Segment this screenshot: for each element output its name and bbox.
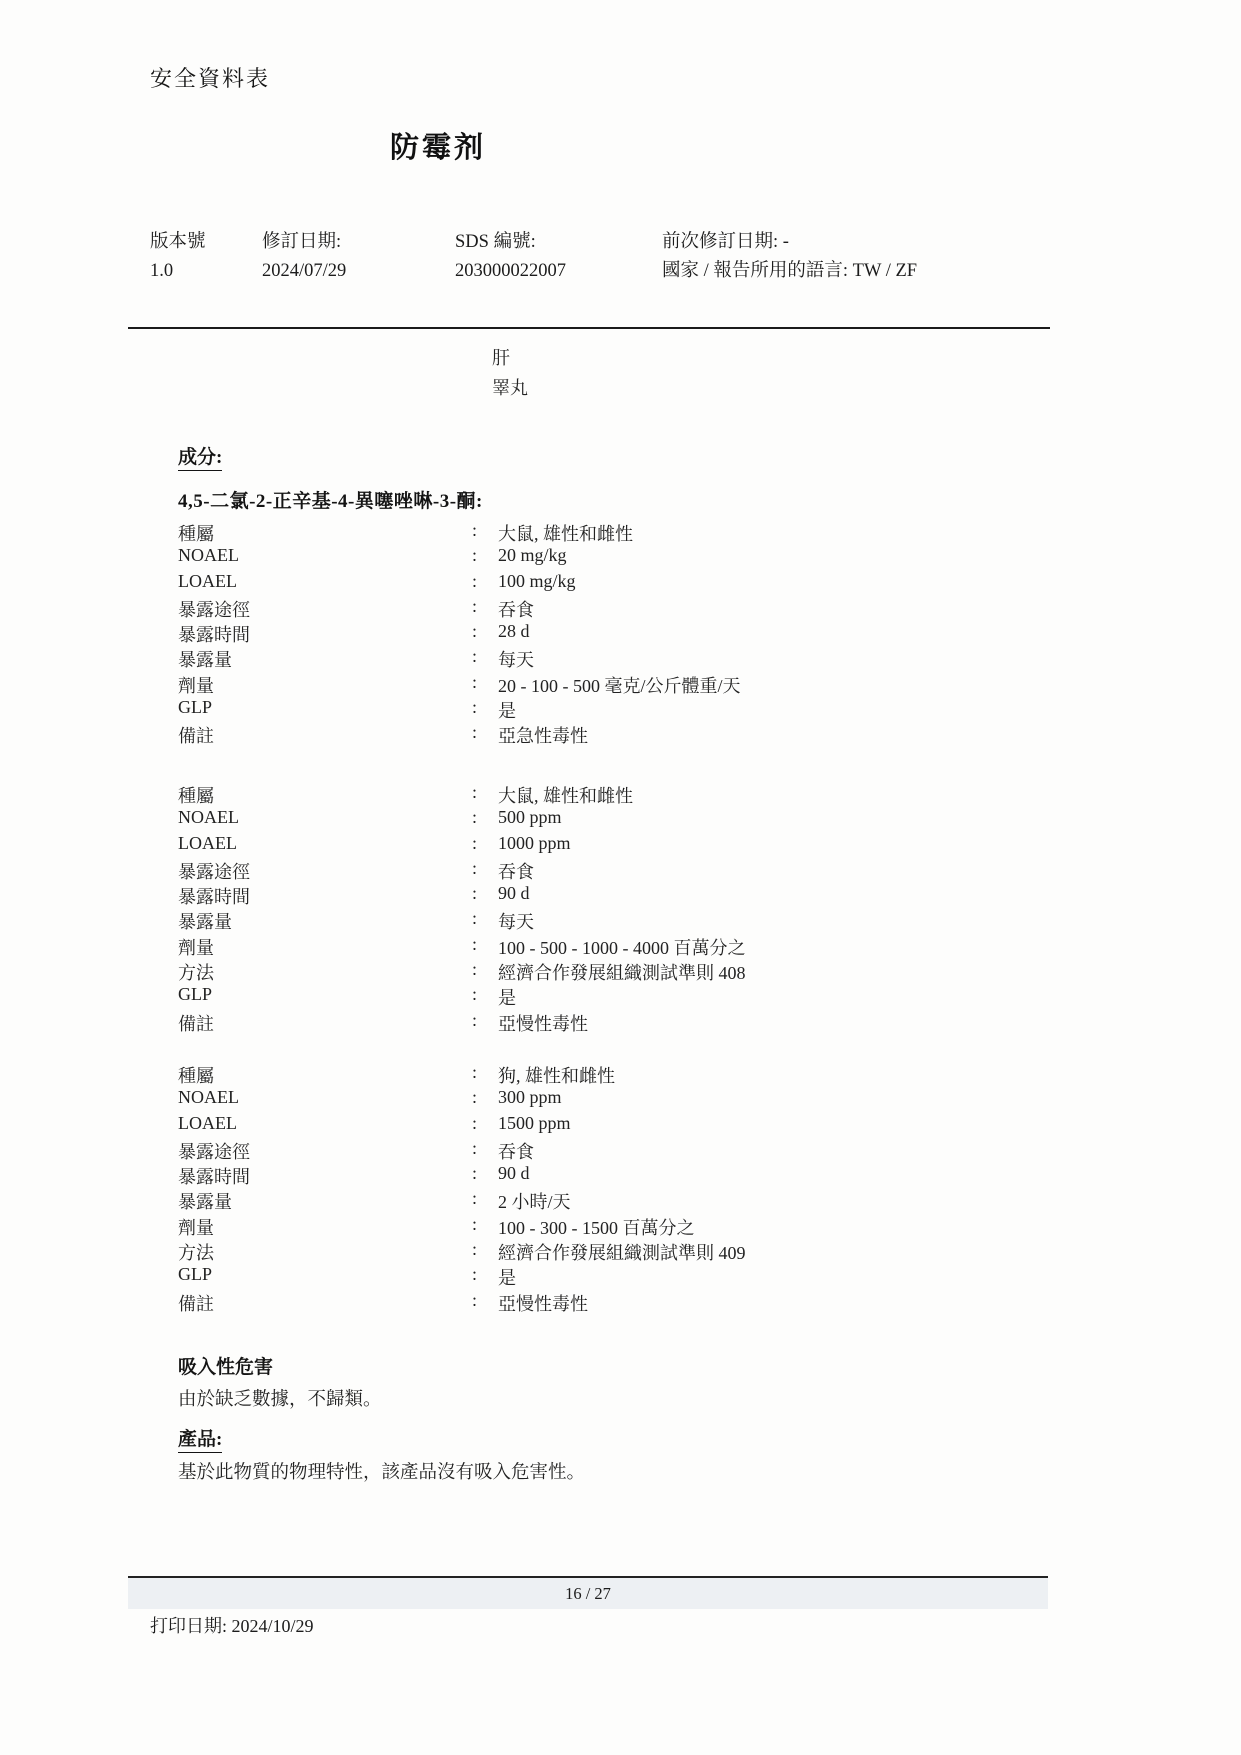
row-label: 方法 — [178, 959, 214, 985]
row-label: 暴露途徑 — [178, 596, 250, 622]
row-separator: : — [472, 1290, 477, 1311]
row-value: 每天 — [498, 908, 534, 934]
row-value: 狗, 雄性和雌性 — [498, 1062, 615, 1088]
revision-date-label: 修訂日期: — [262, 228, 346, 257]
row-separator: : — [472, 1138, 477, 1159]
row-separator: : — [472, 1010, 477, 1031]
table-row: 劑量:20 - 100 - 500 毫克/公斤體重/天 — [178, 672, 938, 697]
row-separator: : — [472, 672, 477, 693]
meta-prev-revision-language: 前次修訂日期: - 國家 / 報告所用的語言: TW / ZF — [662, 228, 917, 286]
chemical-name-heading: 4,5-二氯-2-正辛基-4-異噻唑啉-3-酮: — [178, 486, 483, 513]
row-value: 500 ppm — [498, 807, 562, 828]
row-separator: : — [472, 883, 477, 904]
row-label: 暴露時間 — [178, 621, 250, 647]
table-row: 種屬:大鼠, 雄性和雌性 — [178, 520, 938, 545]
row-value: 亞慢性毒性 — [498, 1010, 588, 1036]
row-label: 暴露時間 — [178, 883, 250, 909]
sds-number-value: 203000022007 — [455, 257, 566, 286]
table-row: 暴露量:每天 — [178, 908, 938, 933]
meta-sds-number: SDS 編號: 203000022007 — [455, 228, 566, 286]
row-separator: : — [472, 1239, 477, 1260]
row-value: 20 mg/kg — [498, 545, 567, 566]
row-label: 暴露量 — [178, 646, 232, 672]
row-value: 每天 — [498, 646, 534, 672]
row-value: 是 — [498, 984, 516, 1010]
table-row: 備註:亞慢性毒性 — [178, 1290, 938, 1315]
row-label: 方法 — [178, 1239, 214, 1265]
product-name-title: 防霉剂 — [390, 125, 486, 166]
row-separator: : — [472, 807, 477, 828]
meta-version: 版本號 1.0 — [150, 228, 206, 286]
row-value: 吞食 — [498, 858, 534, 884]
row-label: LOAEL — [178, 1113, 237, 1134]
row-label: LOAEL — [178, 833, 237, 854]
row-separator: : — [472, 571, 477, 592]
header-divider-line — [128, 327, 1050, 329]
row-separator: : — [472, 782, 477, 803]
row-separator: : — [472, 908, 477, 929]
table-row: 暴露量:2 小時/天 — [178, 1188, 938, 1213]
footer-page-band: 16 / 27 — [128, 1578, 1048, 1609]
table-row: 暴露途徑:吞食 — [178, 858, 938, 883]
composition-section-heading: 成分: — [178, 442, 222, 471]
row-label: 暴露時間 — [178, 1163, 250, 1189]
table-row: 暴露時間:28 d — [178, 621, 938, 646]
row-label: 劑量 — [178, 934, 214, 960]
row-label: NOAEL — [178, 807, 239, 828]
table-row: 暴露途徑:吞食 — [178, 596, 938, 621]
row-separator: : — [472, 697, 477, 718]
row-value: 是 — [498, 1264, 516, 1290]
row-value: 90 d — [498, 1163, 530, 1184]
row-label: 暴露量 — [178, 908, 232, 934]
row-label: 暴露量 — [178, 1188, 232, 1214]
row-value: 吞食 — [498, 1138, 534, 1164]
sds-number-label: SDS 編號: — [455, 228, 566, 257]
table-row: GLP:是 — [178, 1264, 938, 1289]
row-label: 種屬 — [178, 782, 214, 808]
prev-revision-text: 前次修訂日期: - — [662, 228, 917, 257]
row-label: NOAEL — [178, 545, 239, 566]
row-label: GLP — [178, 697, 212, 718]
row-separator: : — [472, 858, 477, 879]
row-label: 種屬 — [178, 520, 214, 546]
row-separator: : — [472, 545, 477, 566]
row-separator: : — [472, 1113, 477, 1134]
table-row: 方法:經濟合作發展組織測試準則 409 — [178, 1239, 938, 1264]
table-row: NOAEL:300 ppm — [178, 1087, 938, 1112]
row-value: 28 d — [498, 621, 530, 642]
row-value: 亞急性毒性 — [498, 722, 588, 748]
toxicity-study-block-rat-subchronic: 種屬:大鼠, 雄性和雌性 NOAEL:500 ppm LOAEL:1000 pp… — [178, 782, 938, 1035]
revision-date-value: 2024/07/29 — [262, 257, 346, 286]
row-value: 1000 ppm — [498, 833, 571, 854]
row-label: 劑量 — [178, 672, 214, 698]
row-separator: : — [472, 959, 477, 980]
table-row: 暴露時間:90 d — [178, 1163, 938, 1188]
row-label: NOAEL — [178, 1087, 239, 1108]
row-label: GLP — [178, 1264, 212, 1285]
target-organs-list: 肝 睪丸 — [492, 343, 528, 403]
table-row: 暴露量:每天 — [178, 646, 938, 671]
table-row: 劑量:100 - 300 - 1500 百萬分之 — [178, 1214, 938, 1239]
row-label: 備註 — [178, 1290, 214, 1316]
table-row: 劑量:100 - 500 - 1000 - 4000 百萬分之 — [178, 934, 938, 959]
row-separator: : — [472, 984, 477, 1005]
row-value: 大鼠, 雄性和雌性 — [498, 520, 633, 546]
table-row: 暴露途徑:吞食 — [178, 1138, 938, 1163]
row-separator: : — [472, 1214, 477, 1235]
table-row: NOAEL:20 mg/kg — [178, 545, 938, 570]
toxicity-study-block-dog-subchronic: 種屬:狗, 雄性和雌性 NOAEL:300 ppm LOAEL:1500 ppm… — [178, 1062, 938, 1315]
document-type-title: 安全資料表 — [150, 62, 270, 93]
row-value: 90 d — [498, 883, 530, 904]
row-value: 100 - 300 - 1500 百萬分之 — [498, 1214, 695, 1240]
row-value: 20 - 100 - 500 毫克/公斤體重/天 — [498, 672, 741, 698]
product-heading-text: 產品: — [178, 1424, 222, 1453]
row-separator: : — [472, 833, 477, 854]
row-value: 是 — [498, 697, 516, 723]
row-separator: : — [472, 1163, 477, 1184]
row-separator: : — [472, 621, 477, 642]
row-label: GLP — [178, 984, 212, 1005]
composition-heading-text: 成分: — [178, 442, 222, 471]
row-value: 2 小時/天 — [498, 1188, 571, 1214]
table-row: 備註:亞急性毒性 — [178, 722, 938, 747]
product-section-heading: 產品: — [178, 1424, 222, 1453]
row-separator: : — [472, 1062, 477, 1083]
table-row: LOAEL:1000 ppm — [178, 833, 938, 858]
table-row: 備註:亞慢性毒性 — [178, 1010, 938, 1035]
row-separator: : — [472, 596, 477, 617]
row-label: 劑量 — [178, 1214, 214, 1240]
row-separator: : — [472, 646, 477, 667]
table-row: GLP:是 — [178, 984, 938, 1009]
row-value: 經濟合作發展組織測試準則 408 — [498, 959, 746, 985]
print-date-text: 打印日期: 2024/10/29 — [150, 1612, 314, 1638]
row-separator: : — [472, 1264, 477, 1285]
meta-revision-date: 修訂日期: 2024/07/29 — [262, 228, 346, 286]
table-row: LOAEL:1500 ppm — [178, 1113, 938, 1138]
version-label: 版本號 — [150, 228, 206, 257]
inhalation-hazard-text: 由於缺乏數據，不歸類。 — [178, 1385, 382, 1411]
row-value: 經濟合作發展組織測試準則 409 — [498, 1239, 746, 1265]
row-label: LOAEL — [178, 571, 237, 592]
table-row: 暴露時間:90 d — [178, 883, 938, 908]
row-separator: : — [472, 722, 477, 743]
row-separator: : — [472, 520, 477, 541]
toxicity-study-block-rat-subacute: 種屬:大鼠, 雄性和雌性 NOAEL:20 mg/kg LOAEL:100 mg… — [178, 520, 938, 748]
table-row: LOAEL:100 mg/kg — [178, 571, 938, 596]
row-label: 種屬 — [178, 1062, 214, 1088]
row-label: 暴露途徑 — [178, 1138, 250, 1164]
row-value: 亞慢性毒性 — [498, 1290, 588, 1316]
inhalation-hazard-heading: 吸入性危害 — [178, 1352, 273, 1379]
version-value: 1.0 — [150, 257, 206, 286]
row-separator: : — [472, 934, 477, 955]
table-row: 種屬:狗, 雄性和雌性 — [178, 1062, 938, 1087]
row-label: 備註 — [178, 1010, 214, 1036]
row-separator: : — [472, 1087, 477, 1108]
row-value: 1500 ppm — [498, 1113, 571, 1134]
table-row: 方法:經濟合作發展組織測試準則 408 — [178, 959, 938, 984]
row-label: 暴露途徑 — [178, 858, 250, 884]
row-value: 100 mg/kg — [498, 571, 576, 592]
target-organ-item: 肝 — [492, 343, 528, 373]
table-row: GLP:是 — [178, 697, 938, 722]
row-value: 100 - 500 - 1000 - 4000 百萬分之 — [498, 934, 745, 960]
target-organ-item: 睪丸 — [492, 373, 528, 403]
sds-document-page: 安全資料表 防霉剂 版本號 1.0 修訂日期: 2024/07/29 SDS 編… — [0, 0, 1241, 1755]
table-row: NOAEL:500 ppm — [178, 807, 938, 832]
product-statement-text: 基於此物質的物理特性，該產品沒有吸入危害性。 — [178, 1458, 585, 1484]
country-language-text: 國家 / 報告所用的語言: TW / ZF — [662, 257, 917, 286]
row-value: 300 ppm — [498, 1087, 562, 1108]
row-separator: : — [472, 1188, 477, 1209]
row-label: 備註 — [178, 722, 214, 748]
row-value: 大鼠, 雄性和雌性 — [498, 782, 633, 808]
row-value: 吞食 — [498, 596, 534, 622]
page-number: 16 / 27 — [565, 1584, 611, 1603]
table-row: 種屬:大鼠, 雄性和雌性 — [178, 782, 938, 807]
